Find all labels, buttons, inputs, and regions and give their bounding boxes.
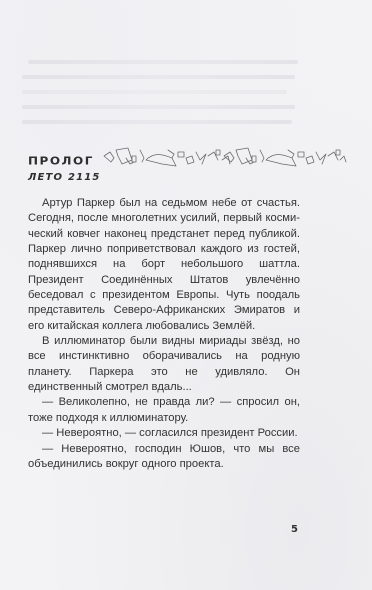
chapter-subtitle: ЛЕТО 2115 [28,172,348,183]
chapter-header: ПРОЛОГ [28,150,348,183]
paragraph: — Великолепно, не правда ли? — спросил о… [28,395,300,426]
paragraph: — Невероятно, господин Юшов, что мы все … [28,442,300,473]
sketch-doodle-band-icon [102,142,347,172]
page-number: 5 [291,524,298,535]
paragraph: Артур Паркер был на седьмом небе от счас… [28,196,300,334]
paragraph: В иллюминатор были видны мириады звёзд, … [28,334,300,395]
body-text: Артур Паркер был на седьмом небе от счас… [28,196,300,472]
bleed-through-text [22,60,298,135]
book-page: ПРОЛОГ [0,0,372,590]
paragraph: — Невероятно, — согласился президент Рос… [28,426,300,441]
chapter-title: ПРОЛОГ [28,155,94,167]
